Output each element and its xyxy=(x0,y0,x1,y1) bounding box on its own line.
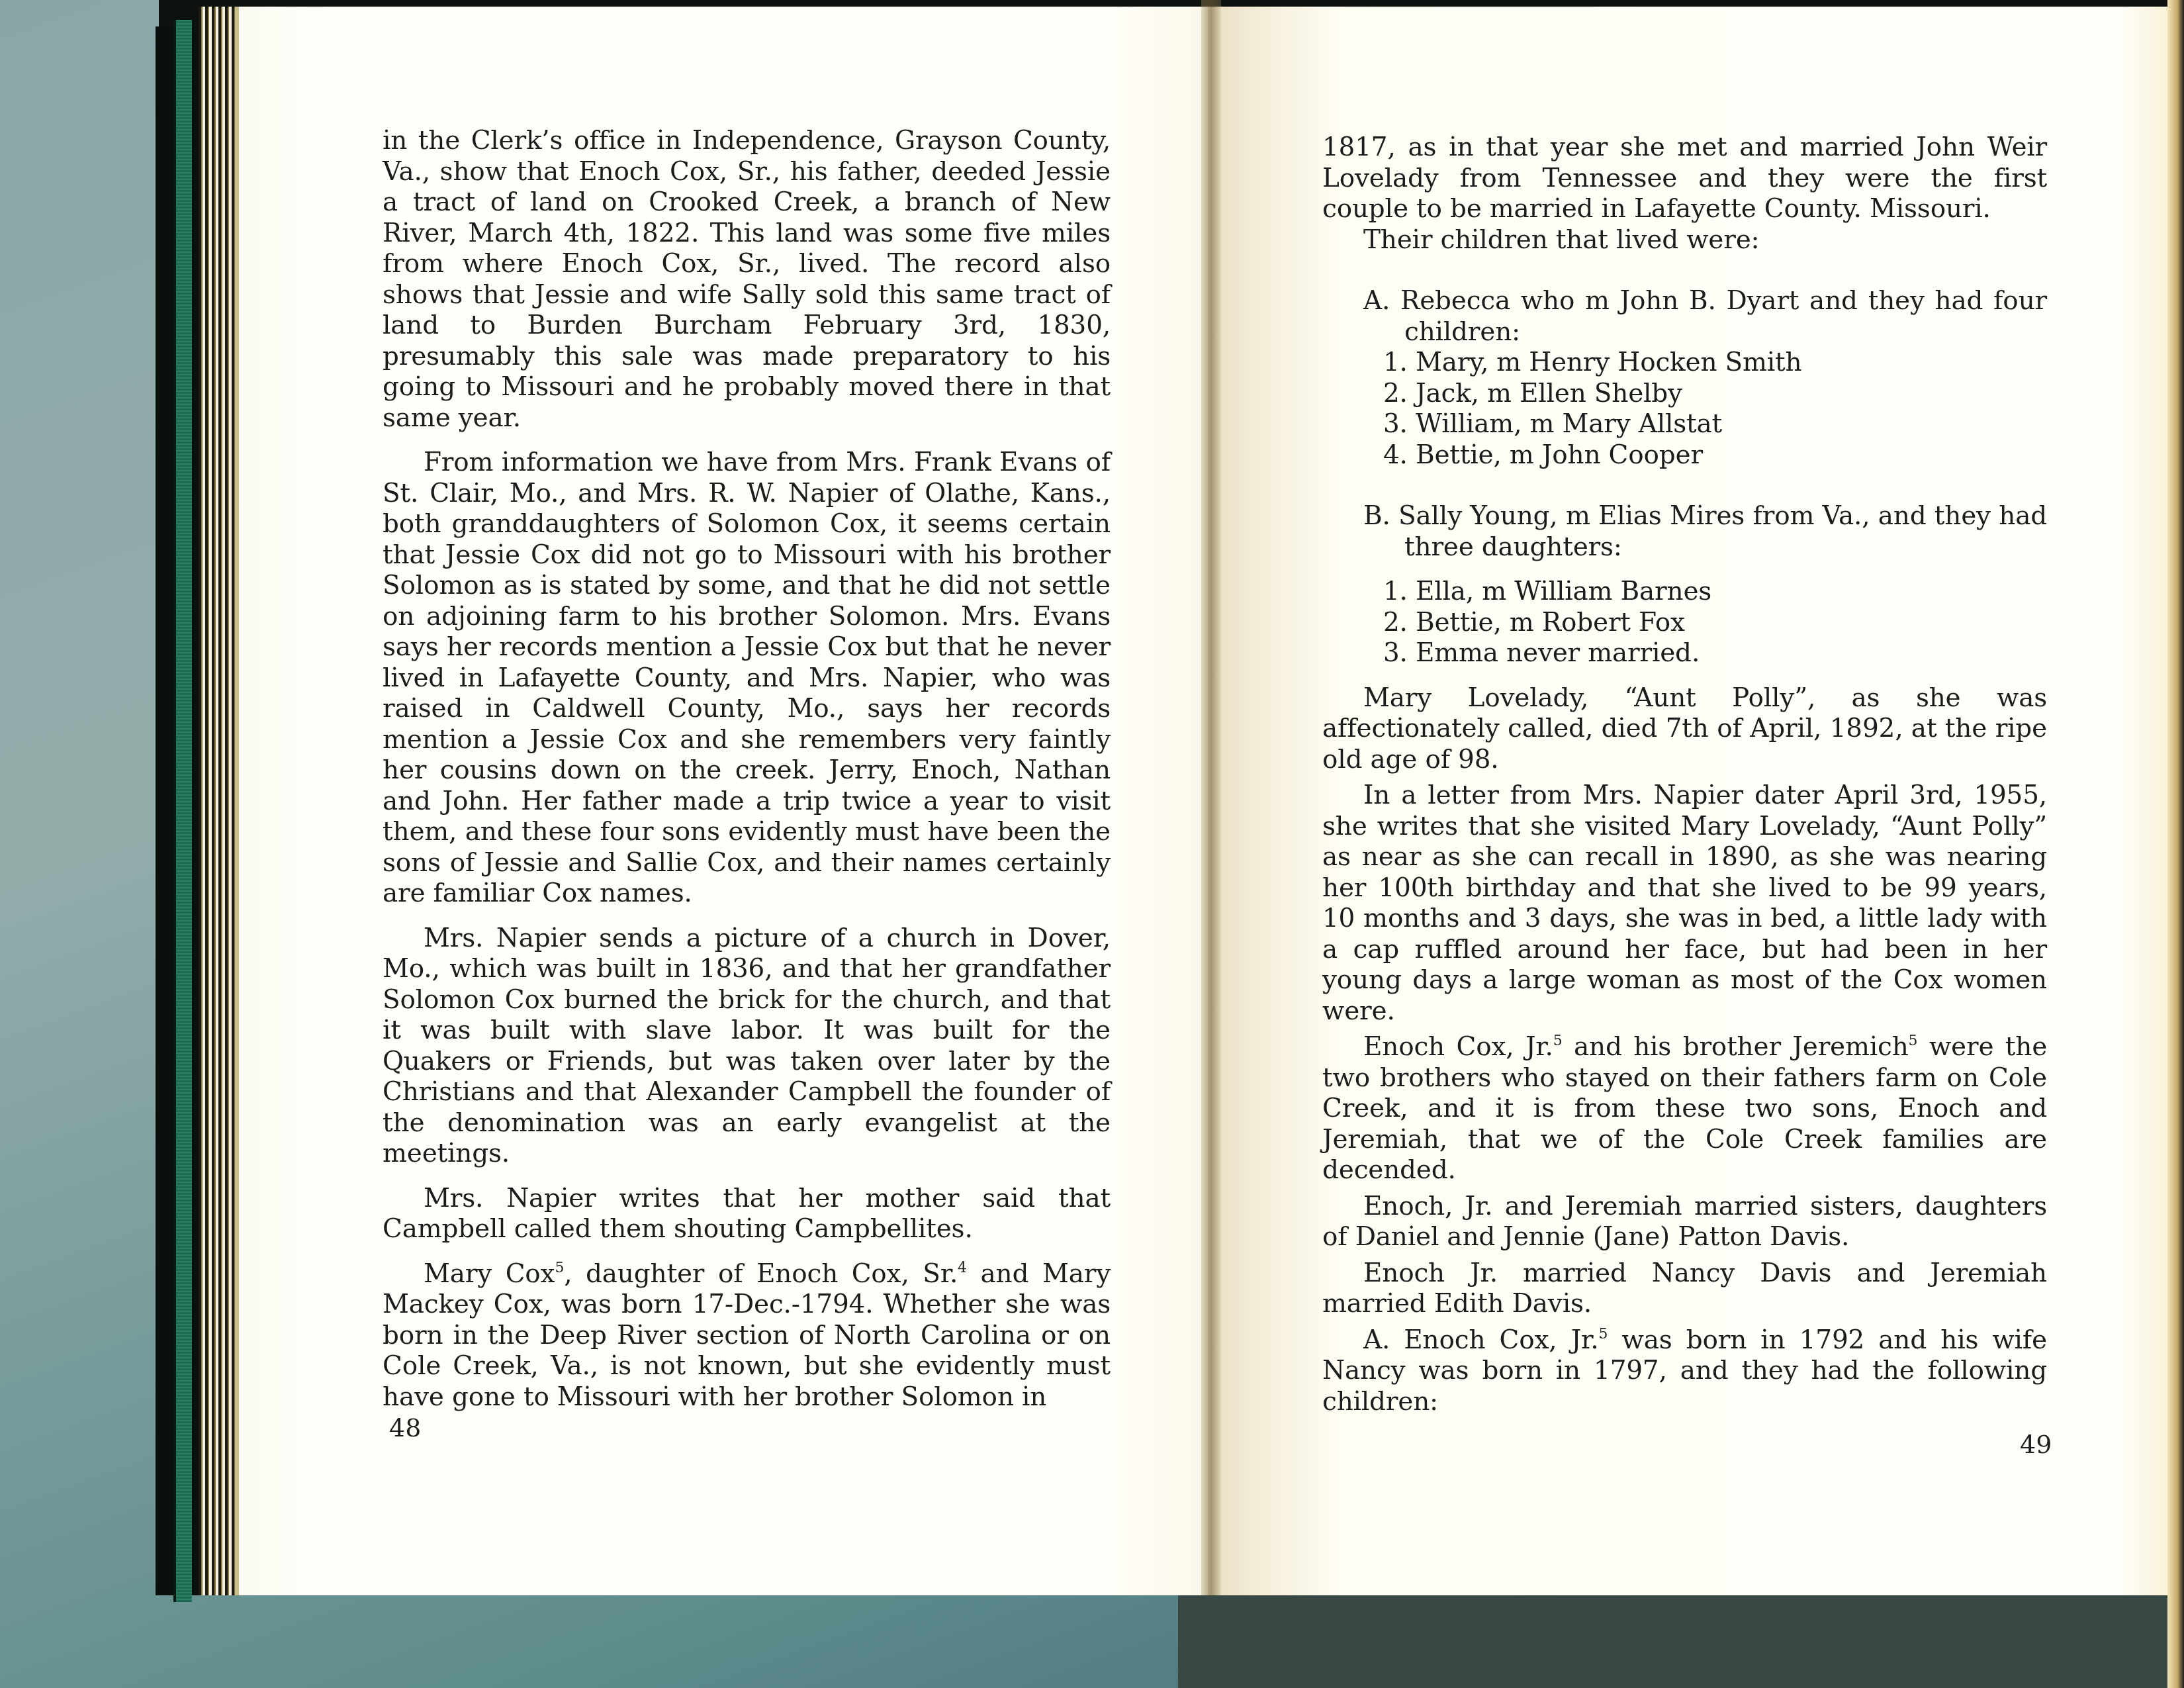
list-subitem: 4. Bettie, m John Cooper xyxy=(1383,440,2047,471)
list-text: Sally Young, m Elias Mires from Va., and… xyxy=(1398,501,2047,562)
paragraph: Mary Lovelady, “Aunt Polly”, as she was … xyxy=(1322,683,2047,776)
text-run: Mary Cox xyxy=(424,1259,555,1289)
list-subitem: 3. William, m Mary Allstat xyxy=(1383,409,2047,440)
left-page-text: in the Clerk’s office in Independence, G… xyxy=(383,126,1111,1413)
list-label: B. xyxy=(1363,501,1390,531)
paragraph: In a letter from Mrs. Napier dater April… xyxy=(1322,780,2047,1027)
list-item-child-b: B. Sally Young, m Elias Mires from Va., … xyxy=(1363,501,2047,563)
generation-superscript: 4 xyxy=(958,1260,967,1276)
green-cloth-binding xyxy=(173,20,192,1602)
page-number-left: 48 xyxy=(389,1413,421,1442)
list-subitem: 2. Jack, m Ellen Shelby xyxy=(1383,379,2047,410)
paragraph: From information we have from Mrs. Frank… xyxy=(383,447,1111,910)
text-run: A. Enoch Cox, Jr. xyxy=(1363,1325,1598,1355)
paragraph-mary-cox: Mary Cox5, daughter of Enoch Cox, Sr.4 a… xyxy=(383,1259,1111,1413)
text-run: and his brother Jeremich xyxy=(1563,1032,1909,1062)
right-page-text: 1817, as in that year she met and marrie… xyxy=(1322,132,2047,1417)
generation-superscript: 5 xyxy=(555,1260,564,1276)
paragraph: Mrs. Napier writes that her mother said … xyxy=(383,1184,1111,1245)
text-run: Enoch Cox, Jr. xyxy=(1363,1032,1553,1062)
book-gutter xyxy=(1201,0,1221,1595)
paragraph-enoch-jr-birth: A. Enoch Cox, Jr.5 was born in 1792 and … xyxy=(1322,1325,2047,1418)
paragraph-enoch-jeremiah: Enoch Cox, Jr.5 and his brother Jeremich… xyxy=(1322,1032,2047,1186)
page-stack-edges xyxy=(199,7,238,1595)
paragraph: Enoch Jr. married Nancy Davis and Jeremi… xyxy=(1322,1258,2047,1320)
list-label: A. xyxy=(1363,286,1390,316)
list-item-child-a: A. Rebecca who m John B. Dyart and they … xyxy=(1363,286,2047,348)
generation-superscript: 5 xyxy=(1909,1033,1918,1049)
list-subitem: 3. Emma never married. xyxy=(1383,638,2047,669)
list-text: Rebecca who m John B. Dyart and they had… xyxy=(1400,286,2047,347)
paragraph: in the Clerk’s office in Independence, G… xyxy=(383,126,1111,434)
children-intro: Their children that lived were: xyxy=(1322,225,2047,256)
page-number-right: 49 xyxy=(2020,1430,2052,1459)
right-page-edge xyxy=(2167,0,2184,1688)
paragraph: Mrs. Napier sends a picture of a church … xyxy=(383,923,1111,1170)
paragraph: Enoch, Jr. and Jeremiah married sisters,… xyxy=(1322,1192,2047,1253)
list-subitem: 2. Bettie, m Robert Fox xyxy=(1383,608,2047,639)
generation-superscript: 5 xyxy=(1553,1033,1563,1049)
generation-superscript: 5 xyxy=(1598,1326,1608,1342)
list-subitem: 1. Ella, m William Barnes xyxy=(1383,577,2047,608)
text-run: , daughter of Enoch Cox, Sr. xyxy=(564,1259,958,1289)
paragraph: 1817, as in that year she met and marrie… xyxy=(1322,132,2047,225)
list-subitem: 1. Mary, m Henry Hocken Smith xyxy=(1383,348,2047,379)
background-surface-bottom xyxy=(1178,1589,2184,1688)
